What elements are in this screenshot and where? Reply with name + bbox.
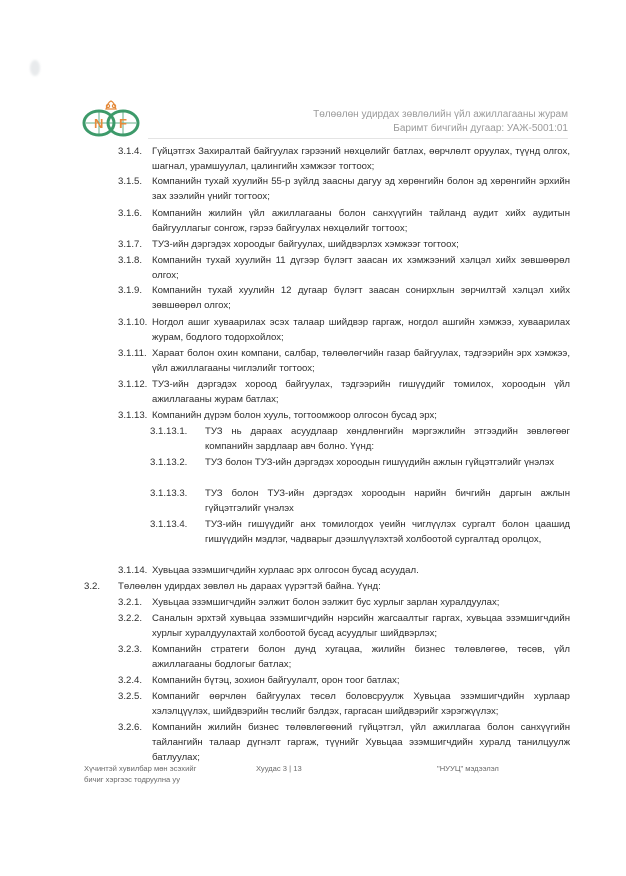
clause-number: 3.2.2. <box>118 611 142 626</box>
clause-number: 3.1.10. <box>118 315 147 330</box>
clause-number: 3.1.7. <box>118 237 142 252</box>
clause-number: 3.1.13.2. <box>150 455 187 470</box>
clause-number: 3.2.3. <box>118 642 142 657</box>
header-divider <box>148 138 568 139</box>
footer-version-note: Хүчинтэй хувилбар мөн эсэхийг бичиг хэрг… <box>84 763 196 785</box>
clause-number: 3.2.1. <box>118 595 142 610</box>
clause-text: Гүйцэтгэх Захиралтай байгуулах гэрээний … <box>152 144 570 174</box>
clause-text: ТУЗ-ийн дэргэдэх хороодыг байгуулах, ший… <box>152 237 570 252</box>
clause-number: 3.1.4. <box>118 144 142 159</box>
clause-text: Хараат болон охин компани, салбар, төлөө… <box>152 346 570 376</box>
clause-text: Компанийн стратеги болон дунд хугацаа, ж… <box>152 642 570 672</box>
document-title: Төлөөлөн удирдах зөвлөлийн үйл ажиллагаа… <box>313 108 568 122</box>
clause-number: 3.1.13.1. <box>150 424 187 439</box>
clause-number: 3.1.14. <box>118 563 147 578</box>
clause-text: Компанийн тухай хуулийн 11 дүгээр бүлэгт… <box>152 253 570 283</box>
clause-text: Компанийг өөрчлөн байгуулах төсөл боловс… <box>152 689 570 719</box>
svg-text:F: F <box>119 116 127 131</box>
clause-text: Ногдол ашиг хуваарилах эсэх талаар шийдв… <box>152 315 570 345</box>
clause-number: 3.1.6. <box>118 206 142 221</box>
scan-smudge <box>30 60 40 76</box>
clause-number: 3.1.11. <box>118 346 147 361</box>
clause-text: ТУЗ-ийн гишүүдийг анх томилогдох үеийн ч… <box>205 517 570 547</box>
footer-note-line: Хүчинтэй хувилбар мөн эсэхийг <box>84 763 196 774</box>
clause-text: Саналын эрхтэй хувьцаа эзэмшигчдийн нэрс… <box>152 611 570 641</box>
clause-text: Төлөөлөн удирдах зөвлөл нь дараах үүрэгт… <box>118 579 570 594</box>
clause-text: Хувьцаа эзэмшигчдийн ээлжит болон ээлжит… <box>152 595 570 610</box>
footer-note-line: бичиг хэргээс тодруулна уу <box>84 774 196 785</box>
document-number: Баримт бичгийн дугаар: УАЖ-5001:01 <box>313 122 568 136</box>
clause-text: Компанийн тухай хуулийн 12 дугаар бүлэгт… <box>152 283 570 313</box>
clause-text: Компанийн дүрэм болон хууль, тогтоомжоор… <box>152 408 570 423</box>
svg-text:N: N <box>94 116 103 131</box>
clause-text: Компанийн тухай хуулийн 55-р зүйлд заасн… <box>152 174 570 204</box>
clause-number: 3.1.5. <box>118 174 142 189</box>
clause-number: 3.2.4. <box>118 673 142 688</box>
clause-text: Компанийн бүтэц, зохион байгуулалт, орон… <box>152 673 570 688</box>
clause-number: 3.2.5. <box>118 689 142 704</box>
clause-number: 3.2.6. <box>118 720 142 735</box>
clause-number: 3.1.13. <box>118 408 147 423</box>
page-number: Хуудас 3 | 13 <box>256 763 302 774</box>
clause-number: 3.1.8. <box>118 253 142 268</box>
clause-text: Компанийн жилийн бизнес төлөвлөгөөний гү… <box>152 720 570 766</box>
clause-text: ТУЗ-ийн дэргэдэх хороод байгуулах, тэдгэ… <box>152 377 570 407</box>
clause-number: 3.1.9. <box>118 283 142 298</box>
clause-text: ТУЗ болон ТУЗ-ийн дэргэдэх хороодын гишү… <box>205 455 570 470</box>
confidential-label: "НУУЦ" мэдээлэл <box>437 763 499 774</box>
clause-text: Хувьцаа эзэмшигчдийн хурлаас эрх олгосон… <box>152 563 570 578</box>
company-logo: N F <box>80 97 142 139</box>
clause-number: 3.2. <box>84 579 100 594</box>
clause-number: 3.1.13.3. <box>150 486 187 501</box>
clause-text: Компанийн жилийн үйл ажиллагааны болон с… <box>152 206 570 236</box>
clause-text: ТУЗ болон ТУЗ-ийн дэргэдэх хороодын нари… <box>205 486 570 516</box>
clause-number: 3.1.12. <box>118 377 147 392</box>
document-header: Төлөөлөн удирдах зөвлөлийн үйл ажиллагаа… <box>313 108 568 136</box>
clause-text: ТУЗ нь дараах асуудлаар хөндлөнгийн мэрг… <box>205 424 570 454</box>
clause-number: 3.1.13.4. <box>150 517 187 532</box>
